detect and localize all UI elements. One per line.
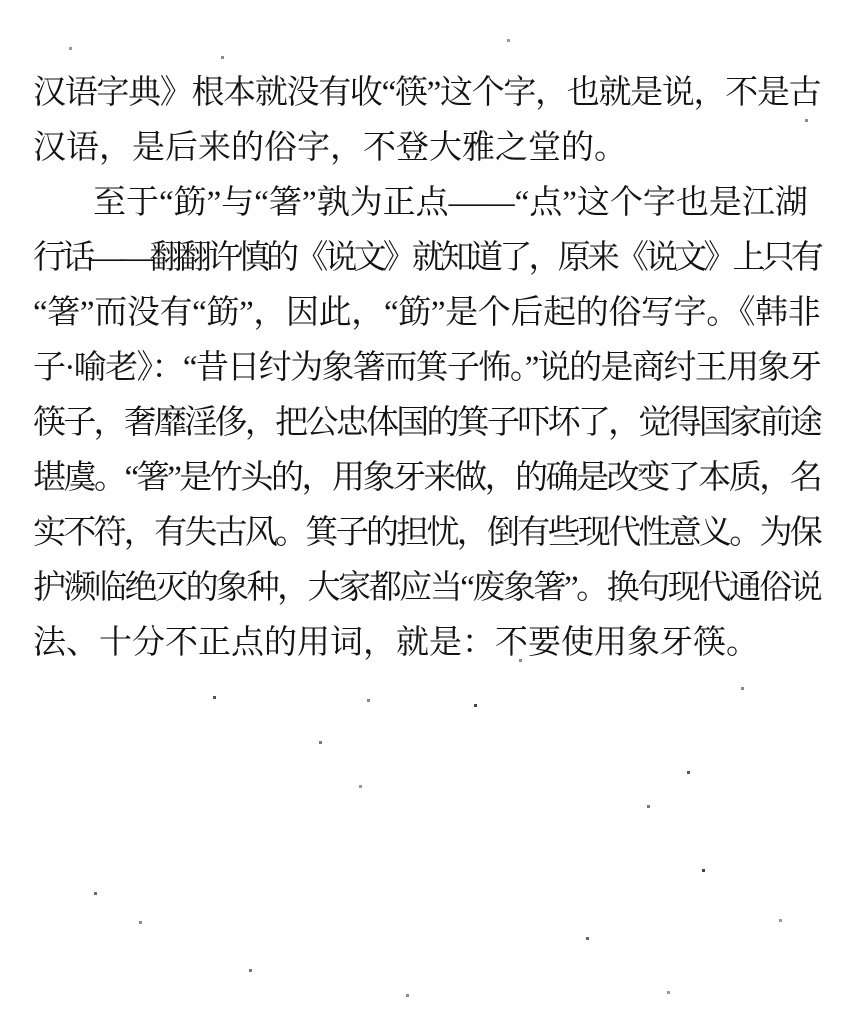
text-line-4: 行话——翻翻许慎的《说文》就知道了，原来《说文》上只有 xyxy=(33,233,820,288)
text-line-7: 筷子，奢靡淫侈，把公忠体国的箕子吓坏了，觉得国家前途 xyxy=(33,398,820,453)
scan-noise xyxy=(0,0,1,1)
text-line-10: 护濒临绝灭的象种，大家都应当“废象箸”。换句现代通俗说 xyxy=(33,563,820,618)
text-line-8: 堪虞。“箸”是竹头的，用象牙来做，的确是改变了本质，名 xyxy=(33,453,820,508)
text-line-9: 实不符，有失古风。箕子的担忧，倒有些现代性意义。为保 xyxy=(33,508,820,563)
text-line-11: 法、十分不正点的用词，就是：不要使用象牙筷。 xyxy=(33,618,820,673)
text-line-2: 汉语，是后来的俗字，不登大雅之堂的。 xyxy=(33,123,820,178)
text-line-5: “箸”而没有“筯”，因此，“筯”是个后起的俗写字。《韩非 xyxy=(33,288,820,343)
text-line-1: 汉语字典》根本就没有收“筷”这个字，也就是说，不是古 xyxy=(33,68,820,123)
text-line-6: 子·喻老》：“昔日纣为象箸而箕子怖。”说的是商纣王用象牙 xyxy=(33,343,820,398)
scanned-page: 汉语字典》根本就没有收“筷”这个字，也就是说，不是古 汉语，是后来的俗字，不登大… xyxy=(0,0,850,1013)
text-block: 汉语字典》根本就没有收“筷”这个字，也就是说，不是古 汉语，是后来的俗字，不登大… xyxy=(33,68,820,673)
text-line-3: 至于“筯”与“箸”孰为正点——“点”这个字也是江湖 xyxy=(33,178,820,233)
